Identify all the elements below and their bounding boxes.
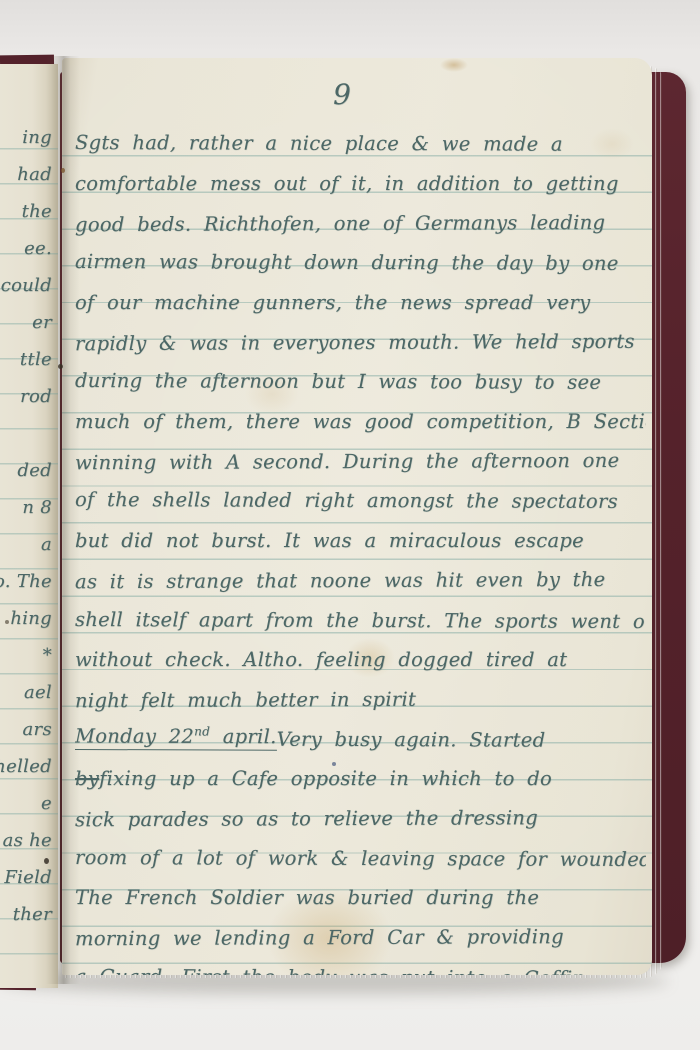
handwriting-text: morning we lending a Ford Car & providin… xyxy=(75,925,564,950)
left-page-fragment: Shelled xyxy=(0,742,58,779)
handwriting-line: The French Soldier was buried during the xyxy=(75,872,646,912)
handwriting-text: comfortable mess out of it, in addition … xyxy=(75,172,619,195)
left-page-fragment: ee. xyxy=(0,224,58,261)
handwriting-line: night felt much better in spirit xyxy=(75,673,646,715)
handwriting-text: night felt much better in spirit xyxy=(75,687,416,711)
handwriting-text: by xyxy=(75,767,99,790)
left-page-fragment: the xyxy=(0,187,58,224)
left-page-fragment: ael xyxy=(0,668,58,705)
handwriting-line: of the shells landed right amongst the s… xyxy=(75,474,646,516)
handwriting-line: but did not burst. It was a miraculous e… xyxy=(75,515,646,555)
handwriting-text: good beds. Richthofen, one of Germanys l… xyxy=(75,210,605,235)
handwriting-line: as it is strange that noone was hit even… xyxy=(75,554,646,596)
handwriting-text: of our machine gunners, the news spread … xyxy=(75,291,590,314)
handwriting-text: room of a lot of work & leaving space fo… xyxy=(75,845,646,870)
handwriting-line: during the afternoon but I was too busy … xyxy=(75,355,646,397)
handwriting-text: much of them, there was good competition… xyxy=(75,410,646,433)
left-page-fragment: Field xyxy=(0,853,58,890)
handwriting-text: airmen was brought down during the day b… xyxy=(75,250,619,275)
handwriting-line: shell itself apart from the burst. The s… xyxy=(75,594,646,636)
handwriting-line: morning we lending a Ford Car & providin… xyxy=(75,911,646,953)
left-page: inghadtheee.E, coulderttleroddedn 8ao. T… xyxy=(0,64,58,988)
handwriting-text: but did not burst. It was a miraculous e… xyxy=(75,529,584,552)
left-page-fragment: as he xyxy=(0,816,58,853)
photo-background: inghadtheee.E, coulderttleroddedn 8ao. T… xyxy=(0,0,700,1050)
handwriting-line: without check. Altho. feeling dogged tir… xyxy=(75,634,646,674)
left-page-fragment: o. The xyxy=(0,557,58,594)
handwriting-line: a Guard. First the body was put into a C… xyxy=(75,951,646,975)
left-page-fragment: ttle xyxy=(0,335,58,372)
handwriting-text: sick parades so as to relieve the dressi… xyxy=(75,806,538,831)
page-number: 9 xyxy=(312,78,372,111)
left-page-fragment: * xyxy=(0,631,58,668)
left-page-fragment: had xyxy=(0,150,58,187)
left-page-fragment: ded xyxy=(0,446,58,483)
handwriting-line: rapidly & was in everyones mouth. We hel… xyxy=(75,315,646,357)
handwriting-text: nd xyxy=(194,724,210,738)
handwriting-text: winning with A second. During the aftern… xyxy=(75,448,619,473)
handwriting-line: Monday 22nd april. Very busy again. Star… xyxy=(75,713,646,755)
left-page-fragment: rod xyxy=(0,372,58,409)
handwriting-line: Sgts had, rather a nice place & we made … xyxy=(75,117,646,159)
left-page-fragment: er xyxy=(0,298,58,335)
handwriting-text: The French Soldier was buried during the xyxy=(75,886,539,909)
left-page-fragment xyxy=(0,409,58,446)
left-page-fragment: n 8 xyxy=(0,483,58,520)
handwriting-lines: Sgts had, rather a nice place & we made … xyxy=(75,118,646,975)
handwriting-text: rapidly & was in everyones mouth. We hel… xyxy=(75,329,635,354)
handwriting-line: sick parades so as to relieve the dressi… xyxy=(75,792,646,834)
right-page: 9 Sgts had, rather a nice place & we mad… xyxy=(62,58,652,975)
handwriting-text: during the afternoon but I was too busy … xyxy=(75,369,601,394)
handwriting-text: april. xyxy=(210,725,276,748)
handwriting-line: good beds. Richthofen, one of Germanys l… xyxy=(75,196,646,238)
underlined-date: Monday 22nd april. xyxy=(75,724,277,750)
handwriting-line: much of them, there was good competition… xyxy=(75,396,646,436)
handwriting-line: winning with A second. During the aftern… xyxy=(75,435,646,477)
handwriting-text: without check. Altho. feeling dogged tir… xyxy=(75,648,567,671)
paper-stain xyxy=(440,58,468,72)
handwriting-text: Sgts had, rather a nice place & we made … xyxy=(75,131,563,156)
left-page-fragment: a xyxy=(0,520,58,557)
handwriting-text: Monday 22 xyxy=(75,724,194,747)
left-page-fragment: E, could xyxy=(0,261,58,298)
handwriting-line: airmen was brought down during the day b… xyxy=(75,236,646,278)
handwriting-text: shell itself apart from the burst. The s… xyxy=(75,607,646,632)
handwriting-line: of our machine gunners, the news spread … xyxy=(75,277,646,317)
handwriting-text: Very busy again. Started xyxy=(277,727,546,751)
handwriting-text: as it is strange that noone was hit even… xyxy=(75,567,606,592)
handwriting-text: of the shells landed right amongst the s… xyxy=(75,488,618,513)
handwriting-line: comfortable mess out of it, in addition … xyxy=(75,158,646,198)
handwriting-text: a Guard. First the body was put into a C… xyxy=(75,964,585,975)
left-page-fragment: e xyxy=(0,779,58,816)
left-page-fragment: hing xyxy=(0,594,58,631)
left-page-fragments: inghadtheee.E, coulderttleroddedn 8ao. T… xyxy=(0,113,58,927)
handwriting-text: fixing up a Cafe opposite in which to do xyxy=(99,767,552,790)
handwriting-line: room of a lot of work & leaving space fo… xyxy=(75,832,646,874)
left-page-fragment: ars xyxy=(0,705,58,742)
left-page-fragment: ther xyxy=(0,890,58,927)
left-page-fragment: ing xyxy=(0,113,58,150)
handwriting-line: by fixing up a Cafe opposite in which to… xyxy=(75,753,646,793)
